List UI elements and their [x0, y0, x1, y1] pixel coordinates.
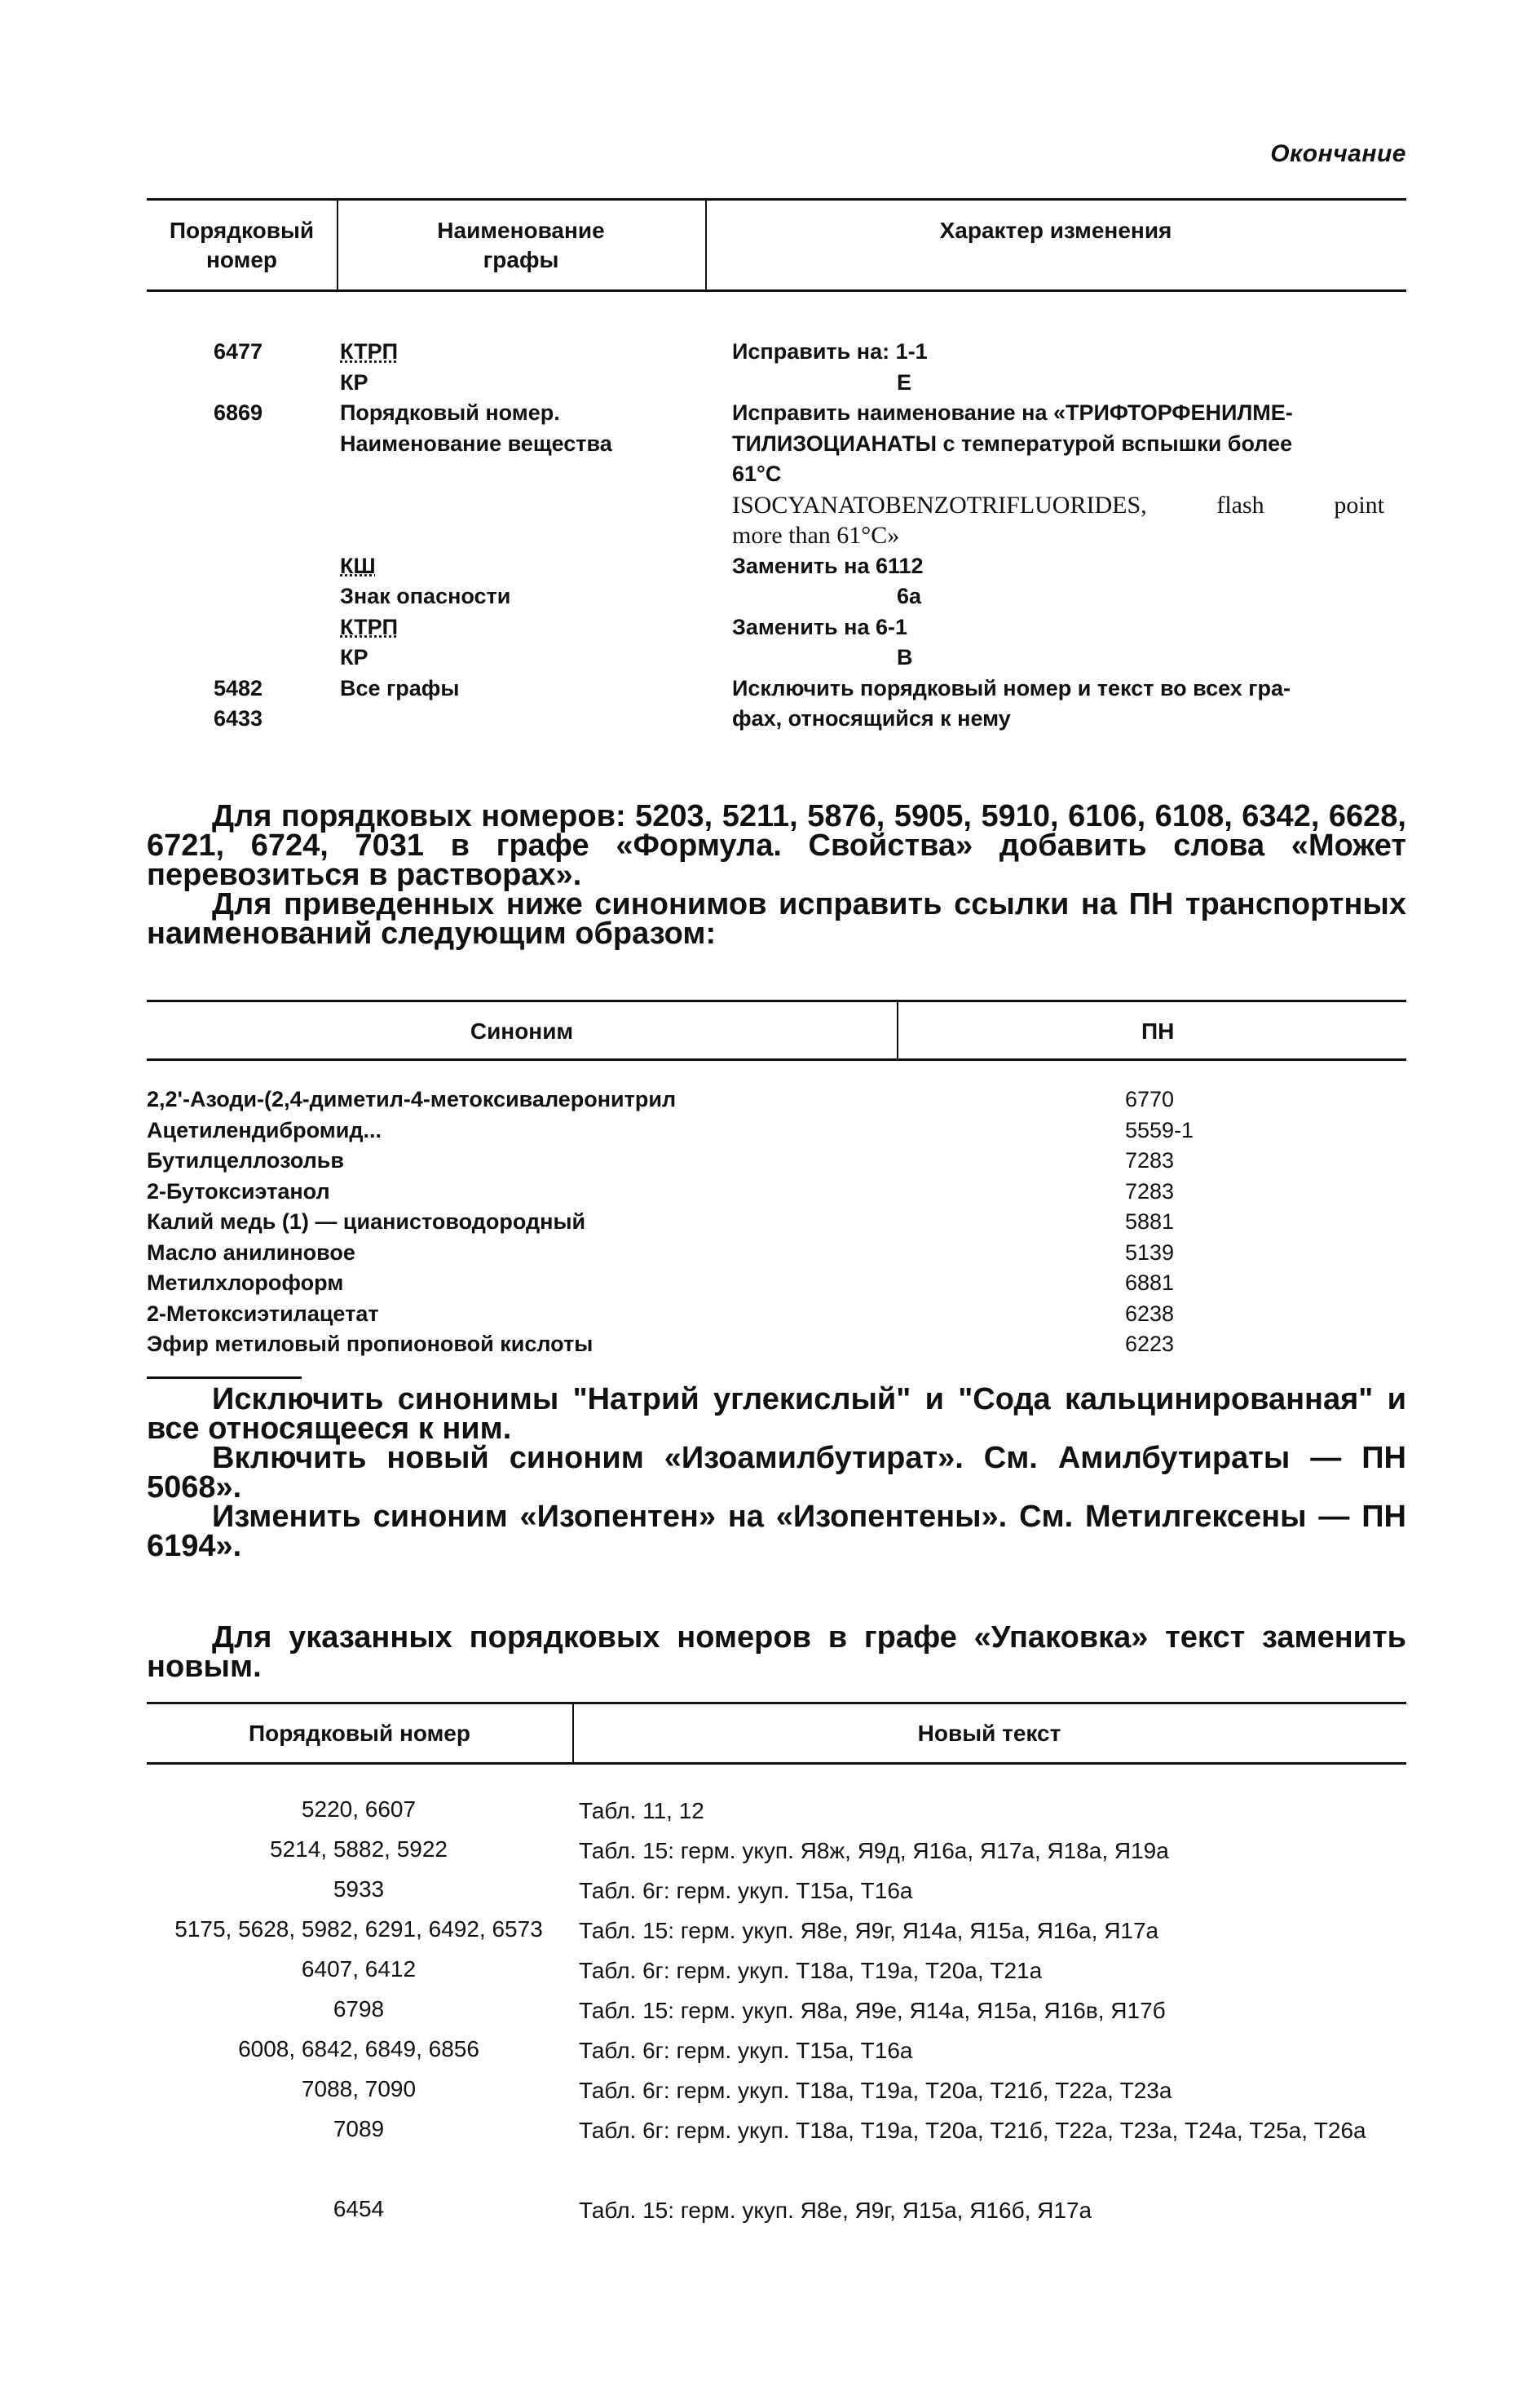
synonym-cell: 2-Бутоксиэтанол	[147, 1177, 330, 1208]
continuation-label: Окончание	[1270, 140, 1406, 168]
paragraph: Исключить синонимы "Натрий углекислый" и…	[147, 1385, 1406, 1443]
synonym-cell: 2,2'-Азоди-(2,4-диметил-4-метоксивалерон…	[147, 1085, 676, 1116]
new-text-cell: Табл. 15: герм. укуп. Я8а, Я9е, Я14а, Я1…	[579, 1991, 1406, 2030]
synonym-cell: Ацетилендибромид...	[147, 1116, 382, 1147]
numbers-cell: 6798	[147, 1996, 571, 2022]
new-text-cell: Табл. 6г: герм. укуп. Т15а, Т16а	[579, 1871, 1406, 1911]
table-header-rule	[147, 1058, 1406, 1061]
table-top-rule	[147, 198, 1406, 201]
header-new-text: Новый текст	[572, 1719, 1406, 1748]
row-change: ISOCYANATOBENZOTRIFLUORIDES, flash point	[732, 490, 1384, 521]
row-change: фах, относящийся к нему	[732, 704, 1011, 735]
new-text-cell: Табл. 15: герм. укуп. Я8е, Я9г, Я15а, Я1…	[579, 2191, 1406, 2230]
synonym-cell: Бутилцеллозольв	[147, 1146, 344, 1177]
row-change: Исключить порядковый номер и текст во вс…	[732, 674, 1291, 705]
pn-cell: 7283	[1125, 1177, 1174, 1208]
row-change: Заменить на 6112	[732, 551, 924, 582]
row-column-name: КТРП	[340, 337, 398, 368]
numbers-cell: 5933	[147, 1876, 571, 1902]
numbers-cell: 7088, 7090	[147, 2076, 571, 2102]
header-line: Характер изменения	[705, 216, 1406, 245]
header-change: Характер изменения	[705, 216, 1406, 245]
new-text-cell: Табл. 15: герм. укуп. Я8е, Я9г, Я14а, Я1…	[579, 1911, 1406, 1951]
row-change: more than 61°C»	[732, 520, 899, 551]
header-line: графы	[337, 245, 705, 275]
paragraph: Для указанных порядковых номеров в графе…	[147, 1623, 1406, 1681]
row-change: 61°C	[732, 459, 781, 490]
row-column-name: Порядковый номер.	[340, 398, 560, 429]
document-page: Окончание Порядковый номер Наименование …	[147, 0, 1406, 2408]
synonym-cell: Калий медь (1) — цианистоводородный	[147, 1207, 585, 1238]
pn-cell: 6881	[1125, 1268, 1174, 1299]
row-number: 6433	[214, 704, 263, 735]
numbers-cell: 6407, 6412	[147, 1956, 571, 1982]
column-divider	[705, 200, 707, 291]
new-text-cell: Табл. 11, 12	[579, 1792, 1406, 1831]
row-change: ТИЛИЗОЦИАНАТЫ с температурой вспышки бол…	[732, 429, 1292, 460]
pn-cell: 5559-1	[1125, 1116, 1194, 1147]
row-change: 6а	[897, 581, 921, 612]
paragraph-block-2: Исключить синонимы "Натрий углекислый" и…	[147, 1385, 1406, 1561]
header-numbers: Порядковый номер	[147, 1719, 572, 1748]
numbers-cell: 5214, 5882, 5922	[147, 1836, 571, 1862]
paragraph: Для приведенных ниже синонимов исправить…	[147, 890, 1406, 948]
table-top-rule	[147, 1702, 1406, 1704]
pn-cell: 6770	[1125, 1085, 1174, 1116]
row-column-name: Знак опасности	[340, 581, 510, 612]
numbers-cell: 5175, 5628, 5982, 6291, 6492, 6573	[147, 1916, 571, 1942]
new-text-cell: Табл. 6г: герм. укуп. Т18а, Т19а, Т20а, …	[579, 2071, 1406, 2110]
row-column-name: КР	[340, 643, 368, 674]
table-header-rule	[147, 289, 1406, 292]
table-header-rule	[147, 1762, 1406, 1765]
row-column-name: Все графы	[340, 674, 459, 705]
header-line: номер	[147, 245, 337, 275]
numbers-cell: 6008, 6842, 6849, 6856	[147, 2036, 571, 2062]
synonym-cell: 2-Метоксиэтилацетат	[147, 1299, 379, 1330]
row-column-name: Наименование вещества	[340, 429, 612, 460]
paragraph-block-3: Для указанных порядковых номеров в графе…	[147, 1623, 1406, 1681]
header-column-name: Наименование графы	[337, 216, 705, 275]
header-number: Порядковый номер	[147, 216, 337, 275]
synonym-cell: Эфир метиловый пропионовой кислоты	[147, 1329, 593, 1360]
pn-cell: 5139	[1125, 1238, 1174, 1269]
synonym-cell: Масло анилиновое	[147, 1238, 355, 1269]
row-number: 5482	[214, 674, 263, 705]
section-divider	[147, 1376, 302, 1379]
pn-cell: 6223	[1125, 1329, 1174, 1360]
paragraph: Включить новый синоним «Изоамилбутират».…	[147, 1443, 1406, 1502]
row-column-name: КШ	[340, 551, 376, 582]
pn-cell: 5881	[1125, 1207, 1174, 1238]
row-number: 6869	[214, 398, 263, 429]
row-column-name: КР	[340, 368, 368, 399]
numbers-cell: 6454	[147, 2196, 571, 2222]
pn-cell: 7283	[1125, 1146, 1174, 1177]
header-line: Порядковый	[147, 216, 337, 245]
paragraph: Изменить синоним «Изопентен» на «Изопент…	[147, 1502, 1406, 1561]
table-top-rule	[147, 1000, 1406, 1002]
numbers-cell: 5220, 6607	[147, 1796, 571, 1823]
new-text-cell: Табл. 6г: герм. укуп. Т18а, Т19а, Т20а, …	[579, 1951, 1406, 1990]
new-text-cell: Табл. 15: герм. укуп. Я8ж, Я9д, Я16а, Я1…	[579, 1831, 1406, 1871]
header-line: Наименование	[337, 216, 705, 245]
row-change: Исправить на: 1-1	[732, 337, 928, 368]
paragraph: Для порядковых номеров: 5203, 5211, 5876…	[147, 802, 1406, 890]
header-pn: ПН	[897, 1017, 1406, 1046]
synonym-cell: Метилхлороформ	[147, 1268, 343, 1299]
numbers-cell: 7089	[147, 2116, 571, 2142]
row-column-name: КТРП	[340, 612, 398, 643]
row-change: B	[897, 643, 913, 674]
row-number: 6477	[214, 337, 263, 368]
row-change: Исправить наименование на «ТРИФТОРФЕНИЛМ…	[732, 398, 1293, 429]
new-text-cell: Табл. 6г: герм. укуп. Т15а, Т16а	[579, 2031, 1406, 2070]
paragraph-block-1: Для порядковых номеров: 5203, 5211, 5876…	[147, 802, 1406, 948]
pn-cell: 6238	[1125, 1299, 1174, 1330]
new-text-cell: Табл. 6г: герм. укуп. Т18а, Т19а, Т20а, …	[579, 2111, 1406, 2150]
header-synonym: Синоним	[147, 1017, 897, 1046]
row-change: E	[897, 368, 911, 399]
row-change: Заменить на 6-1	[732, 612, 907, 643]
